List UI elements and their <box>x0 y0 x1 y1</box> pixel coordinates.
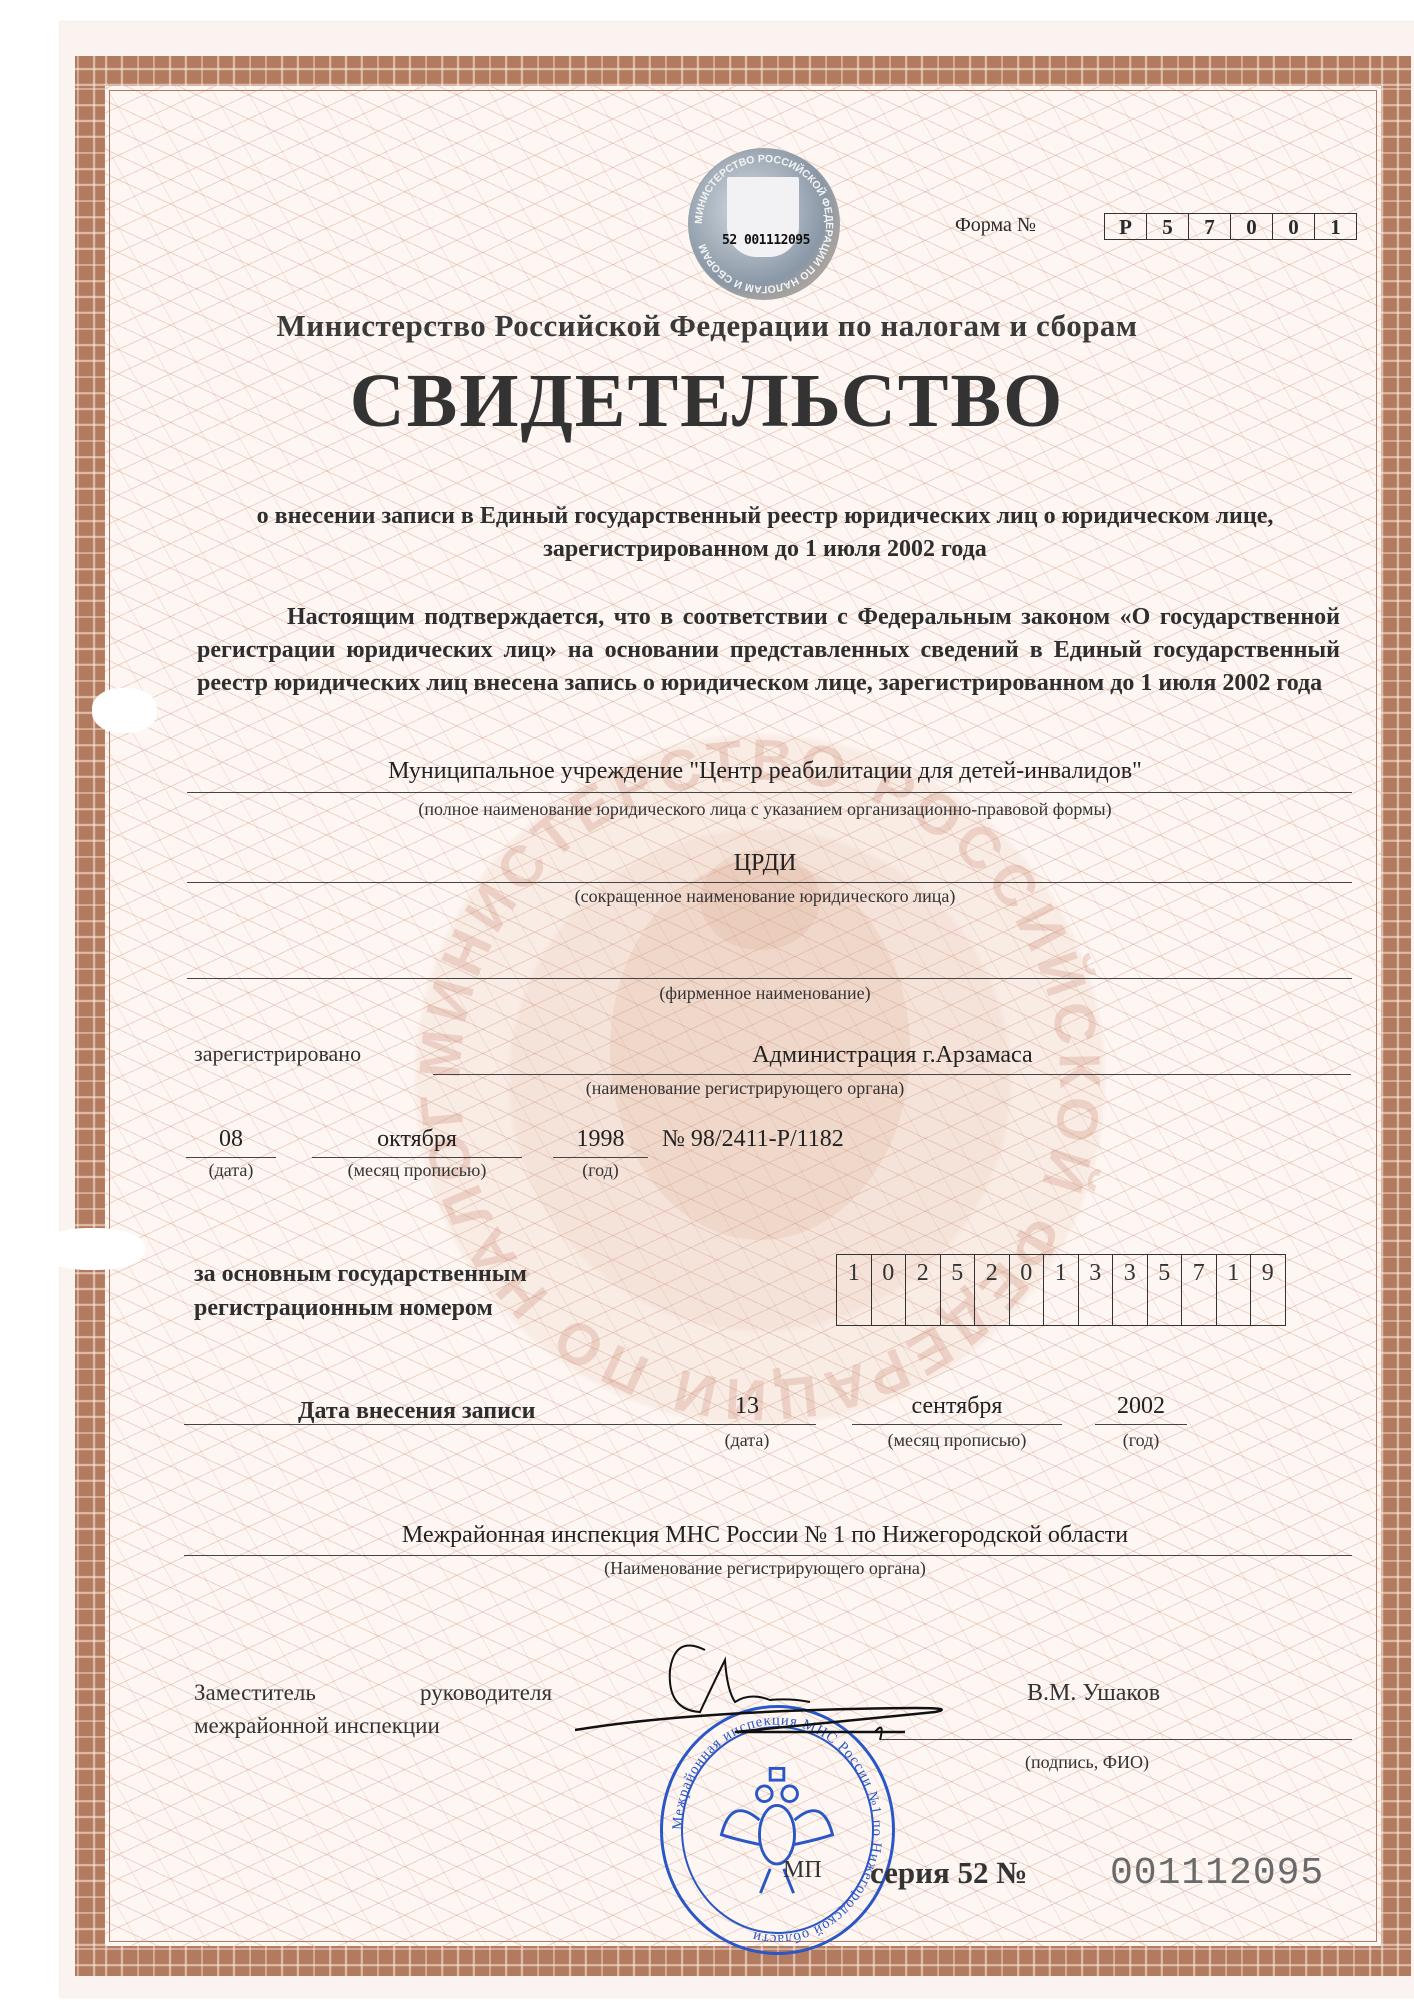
ogrn-digit: 9 <box>1251 1255 1285 1325</box>
day-line <box>186 1157 276 1158</box>
year-line <box>553 1157 648 1158</box>
issuer-line <box>184 1555 1352 1556</box>
entry-date-line <box>184 1424 816 1425</box>
form-char: 0 <box>1273 214 1315 239</box>
entry-year: 2002 <box>1095 1393 1187 1420</box>
ogrn-label-line2: регистрационным номером <box>194 1291 527 1325</box>
ogrn-digit: 5 <box>1148 1255 1183 1325</box>
registration-number: № 98/2411-Р/1182 <box>662 1126 844 1153</box>
ogrn-digit: 7 <box>1182 1255 1217 1325</box>
hologram-seal: МИНИСТЕРСТВО РОССИЙСКОЙ ФЕДЕРАЦИИ ПО НАЛ… <box>688 148 840 300</box>
registered-label: зарегистрировано <box>194 1041 361 1067</box>
ogrn-label-line1: за основным государственным <box>194 1257 527 1291</box>
registration-day: 08 <box>186 1126 276 1153</box>
form-number-label: Форма № <box>955 214 1036 237</box>
hologram-serial: 52 001112095 <box>701 233 831 248</box>
ogrn-digit: 0 <box>872 1255 907 1325</box>
ogrn-digit: 1 <box>1217 1255 1252 1325</box>
signature-caption: (подпись, ФИО) <box>1025 1752 1149 1773</box>
signatory-position-1: Заместитель <box>194 1680 316 1706</box>
ogrn-digit: 2 <box>906 1255 941 1325</box>
document-subtitle: о внесении записи в Единый государственн… <box>190 500 1340 566</box>
year-caption: (год) <box>553 1160 648 1181</box>
registration-month: октября <box>312 1126 522 1153</box>
paper-tear-left-upper <box>92 688 157 733</box>
entry-date-label: Дата внесения записи <box>298 1394 535 1428</box>
entity-full-name: Муниципальное учреждение "Центр реабилит… <box>190 758 1340 785</box>
serial-number: 001112095 <box>1110 1852 1324 1895</box>
issuer-caption: (Наименование регистрирующего органа) <box>190 1558 1340 1579</box>
ogrn-digit: 3 <box>1079 1255 1114 1325</box>
day-caption: (дата) <box>186 1160 276 1181</box>
registration-year: 1998 <box>553 1126 648 1153</box>
entry-day: 13 <box>712 1393 782 1420</box>
full-name-caption: (полное наименование юридического лица с… <box>190 799 1340 820</box>
ogrn-digit: 5 <box>941 1255 976 1325</box>
full-name-line <box>187 792 1352 793</box>
ogrn-digit-boxes: 1 0 2 5 2 0 1 3 3 5 7 1 9 <box>836 1254 1286 1326</box>
paper-tear-left-lower <box>40 1228 145 1270</box>
confirmation-paragraph: Настоящим подтверждается, что в соответс… <box>197 601 1340 700</box>
ogrn-digit: 1 <box>837 1255 872 1325</box>
month-caption: (месяц прописью) <box>312 1160 522 1181</box>
stamp-place-label: МП <box>783 1857 822 1884</box>
form-number-boxes: Р 5 7 0 0 1 <box>1104 213 1357 240</box>
entry-year-line <box>1095 1424 1187 1425</box>
ogrn-digit: 3 <box>1113 1255 1148 1325</box>
ministry-heading: Министерство Российской Федерации по нал… <box>0 308 1414 344</box>
short-name-line <box>187 882 1352 883</box>
ogrn-label: за основным государственным регистрацион… <box>194 1257 527 1325</box>
form-char: Р <box>1105 214 1147 239</box>
short-name-caption: (сокращенное наименование юридического л… <box>190 886 1340 907</box>
form-char: 0 <box>1231 214 1273 239</box>
document-title: СВИДЕТЕЛЬСТВО <box>0 358 1414 445</box>
series-label: серия 52 № <box>870 1855 1027 1891</box>
signatory-position-2: руководителя <box>420 1680 552 1706</box>
brand-name-caption: (фирменное наименование) <box>190 983 1340 1004</box>
registering-authority: Администрация г.Арзамаса <box>435 1042 1350 1069</box>
entity-short-name: ЦРДИ <box>190 850 1340 877</box>
brand-name-line <box>187 978 1352 979</box>
issuer-authority: Межрайонная инспекция МНС России № 1 по … <box>190 1522 1340 1549</box>
ogrn-digit: 0 <box>1010 1255 1045 1325</box>
authority-caption: (наименование регистрирующего органа) <box>435 1078 1055 1099</box>
form-char: 7 <box>1189 214 1231 239</box>
entry-day-caption: (дата) <box>712 1430 782 1451</box>
month-line <box>312 1157 522 1158</box>
entry-month-line <box>852 1424 1062 1425</box>
form-char: 1 <box>1315 214 1356 239</box>
ogrn-digit: 1 <box>1044 1255 1079 1325</box>
entry-month-caption: (месяц прописью) <box>852 1430 1062 1451</box>
authority-line <box>433 1074 1351 1075</box>
entry-year-caption: (год) <box>1095 1430 1187 1451</box>
ogrn-digit: 2 <box>975 1255 1010 1325</box>
entry-month: сентября <box>852 1393 1062 1420</box>
signatory-position-3: межрайонной инспекции <box>194 1713 440 1739</box>
form-char: 5 <box>1147 214 1189 239</box>
handwritten-signature <box>575 1640 1075 1750</box>
